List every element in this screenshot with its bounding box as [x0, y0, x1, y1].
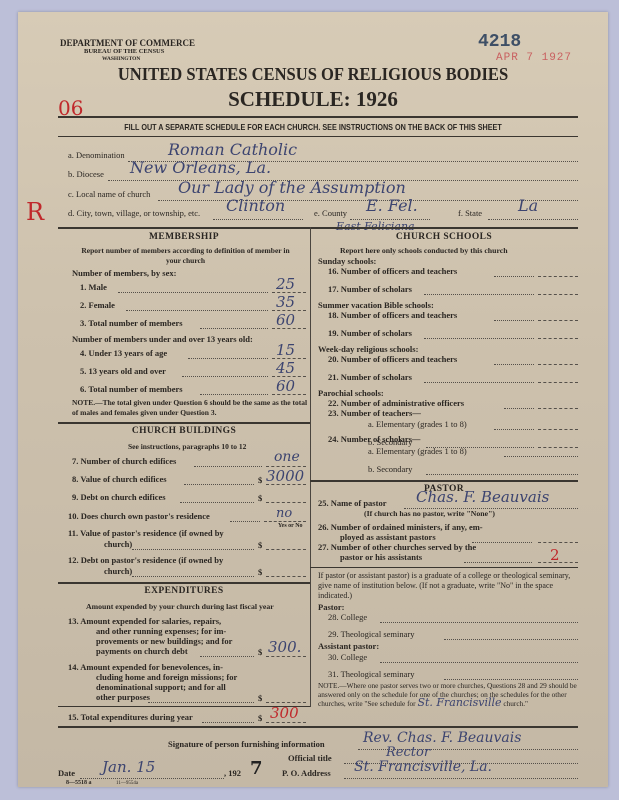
year-prefix: , 192: [224, 768, 241, 778]
q24b-field: [426, 474, 578, 475]
residence-value-line: [132, 549, 254, 550]
total-age-line: [200, 394, 268, 395]
membership-divider: [58, 422, 310, 424]
residence-value-field: [266, 549, 306, 550]
q26-field: [538, 542, 578, 543]
total-sex-line: [200, 328, 268, 329]
q15-answer-line: [266, 722, 306, 723]
under-13-line: [188, 358, 268, 359]
q14-label-3: denominational support; and for all: [96, 682, 226, 692]
total-sex-field[interactable]: 60: [276, 311, 295, 329]
dollar-sign: $: [258, 693, 262, 703]
dollar-sign: $: [258, 540, 262, 550]
total-age-label: 6. Total number of members: [80, 384, 183, 394]
q28-label: 28. College: [328, 612, 367, 622]
q22-line: [504, 408, 534, 409]
q24a-label: a. Elementary (grades 1 to 8): [368, 446, 467, 456]
residence-value-label: 11. Value of pastor's residence (if owne…: [68, 528, 224, 538]
city-label: d. City, town, village, or township, etc…: [68, 208, 200, 218]
state-field[interactable]: La: [518, 196, 538, 215]
q19-label: 19. Number of scholars: [328, 328, 412, 338]
q13-label-3: provements or new buildings; and for: [96, 636, 232, 646]
parochial-schools-label: Parochial schools:: [318, 388, 384, 398]
q23-label: 23. Number of teachers—: [328, 408, 421, 418]
dollar-sign: $: [258, 567, 262, 577]
q19-field: [538, 338, 578, 339]
sunday-schools-label: Sunday schools:: [318, 256, 376, 266]
official-title-label: Official title: [288, 753, 332, 763]
edifice-value-line: [184, 484, 254, 485]
other-churches-field[interactable]: 2: [550, 546, 560, 564]
q13-label: 13. Amount expended for salaries, repair…: [68, 616, 221, 626]
q23b-field: [538, 447, 578, 448]
q13-answer-line: [266, 656, 306, 657]
date-field[interactable]: Jan. 15: [102, 758, 155, 776]
multi-church-note: NOTE.—Where one pastor serves two or mor…: [318, 682, 580, 709]
edifice-debt-field: [266, 502, 306, 503]
q26-label-cont: ployed as assistant pastors: [340, 532, 436, 542]
q18-label: 18. Number of officers and teachers: [328, 310, 457, 320]
dollar-sign: $: [258, 493, 262, 503]
under-13-label: 4. Under 13 years of age: [80, 348, 167, 358]
edifices-field[interactable]: one: [274, 449, 300, 465]
residence-line: [230, 521, 260, 522]
see-schedule-field[interactable]: St. Francisville: [417, 696, 501, 709]
q13-label-2: and other running expenses; for im-: [96, 626, 226, 636]
q30-label: 30. College: [328, 652, 367, 662]
buildings-divider: [58, 582, 310, 584]
q24-label: 24. Number of scholars—: [328, 434, 420, 444]
signature-label: Signature of person furnishing informati…: [168, 739, 325, 749]
residence-debt-line: [132, 576, 254, 577]
county-field[interactable]: E. Fel.: [366, 196, 418, 215]
q20-label: 20. Number of officers and teachers: [328, 354, 457, 364]
state-label: f. State: [458, 208, 482, 218]
age-label: Number of members under and over 13 year…: [72, 334, 253, 344]
department-label: DEPARTMENT OF COMMERCE: [60, 38, 195, 48]
pastor-name-field[interactable]: Chas. F. Beauvais: [416, 488, 549, 506]
schools-intro: Report here only schools conducted by th…: [340, 246, 508, 255]
pastor-subheading: Pastor:: [318, 602, 344, 612]
q14-label: 14. Amount expended for benevolences, in…: [68, 662, 223, 672]
q31-label: 31. Theological seminary: [328, 669, 414, 679]
q29-label: 29. Theological seminary: [328, 629, 414, 639]
print-code: 11—9554a: [116, 781, 138, 786]
pastor-divider: [310, 567, 578, 568]
q17-line: [424, 294, 534, 295]
female-line: [126, 310, 268, 311]
local-name-field[interactable]: Our Lady of the Assumption: [178, 178, 406, 197]
fill-out-instruction: FILL OUT A SEPARATE SCHEDULE FOR EACH CH…: [62, 122, 564, 132]
under-13-field[interactable]: 15: [276, 341, 295, 359]
census-schedule-sheet: DEPARTMENT OF COMMERCE BUREAU OF THE CEN…: [18, 12, 608, 787]
summer-schools-label: Summer vacation Bible schools:: [318, 300, 434, 310]
q23a-label: a. Elementary (grades 1 to 8): [368, 419, 467, 429]
q19-line: [424, 338, 534, 339]
q30-field: [380, 662, 578, 663]
membership-intro: Report number of members according to de…: [78, 246, 293, 266]
po-address-field[interactable]: St. Francisville, La.: [354, 759, 492, 775]
membership-heading: MEMBERSHIP: [58, 232, 310, 242]
city-field[interactable]: Clinton: [226, 196, 285, 215]
church-schools-heading: CHURCH SCHOOLS: [310, 232, 578, 242]
q14-label-2: cluding home and foreign missions; for: [96, 672, 237, 682]
q17-field: [538, 294, 578, 295]
q15-line: [202, 722, 254, 723]
q17-label: 17. Number of scholars: [328, 284, 412, 294]
diocese-label: b. Diocese: [68, 169, 104, 179]
over-13-line: [182, 376, 268, 377]
male-field[interactable]: 25: [276, 275, 295, 293]
total-expenditures-field[interactable]: 300: [270, 704, 299, 722]
q16-label: 16. Number of officers and teachers: [328, 266, 457, 276]
female-label: 2. Female: [80, 300, 115, 310]
expenditures-heading: EXPENDITURES: [58, 586, 310, 596]
by-sex-label: Number of members, by sex:: [72, 268, 176, 278]
dollar-sign: $: [258, 647, 262, 657]
q23a-field: [538, 429, 578, 430]
instruction-divider: [58, 136, 578, 137]
city-label: WASHINGTON: [102, 56, 140, 62]
form-code: 8—5518 a: [66, 780, 92, 786]
date-label: Date: [58, 768, 75, 778]
q20-field: [538, 364, 578, 365]
q31-field: [444, 679, 578, 680]
q14-line: [148, 702, 254, 703]
received-date-stamp: APR 7 1927: [496, 52, 572, 64]
state-line: [488, 219, 578, 220]
q18-field: [538, 320, 578, 321]
date-line: [80, 778, 224, 779]
q23a-line: [494, 429, 534, 430]
edifices-line: [194, 466, 262, 467]
buildings-heading: CHURCH BUILDINGS: [58, 426, 310, 436]
file-number-stamp: 4218: [478, 32, 521, 52]
dollar-sign: $: [258, 475, 262, 485]
county-label: e. County: [314, 208, 347, 218]
edifices-label: 7. Number of church edifices: [72, 456, 176, 466]
q18-line: [494, 320, 534, 321]
q16-field: [538, 276, 578, 277]
schools-divider: [310, 480, 578, 482]
identity-divider: [58, 227, 578, 229]
denomination-field[interactable]: Roman Catholic: [168, 140, 297, 159]
q29-field: [444, 639, 578, 640]
residence-field[interactable]: no: [276, 506, 292, 521]
q22-label: 22. Number of administrative officers: [328, 398, 464, 408]
residence-value-label-cont: church): [104, 539, 132, 549]
q27-line: [464, 562, 532, 563]
footer-divider: [58, 726, 578, 728]
q13-label-4: payments on church debt: [96, 646, 188, 656]
q27-label: 27. Number of other churches served by t…: [318, 542, 476, 552]
header-divider: [58, 116, 578, 118]
schedule-title: SCHEDULE: 1926: [18, 87, 608, 112]
column-divider: [310, 227, 311, 707]
residence-debt-field: [266, 576, 306, 577]
total-sex-label: 3. Total number of members: [80, 318, 183, 328]
po-address-line: [344, 778, 578, 779]
no-pastor-hint: (If church has no pastor, write "None"): [364, 509, 495, 518]
q21-field: [538, 382, 578, 383]
q26-label: 26. Number of ordained ministers, if any…: [318, 522, 483, 532]
q21-label: 21. Number of scholars: [328, 372, 412, 382]
q14-label-4: other purposes: [96, 692, 150, 702]
q24b-label: b. Secondary: [368, 464, 412, 474]
denomination-label: a. Denomination: [68, 150, 125, 160]
q24a-field: [504, 456, 578, 457]
bureau-label: BUREAU OF THE CENSUS: [84, 48, 164, 55]
diocese-field[interactable]: New Orleans, La.: [130, 158, 271, 177]
q26-line: [472, 542, 532, 543]
total-age-field[interactable]: 60: [276, 377, 295, 395]
q22-field: [538, 408, 578, 409]
q28-field: [380, 622, 578, 623]
q13-field[interactable]: 300.: [268, 638, 301, 656]
q27-label-cont: pastor or his assistants: [340, 552, 422, 562]
total-expenditures-label: 15. Total expenditures during year: [68, 712, 193, 722]
residence-label: 10. Does church own pastor's residence: [68, 511, 210, 521]
yes-or-no-hint: Yes or No: [278, 523, 303, 529]
over-13-label: 5. 13 years old and over: [80, 366, 166, 376]
edifice-debt-label: 9. Debt on church edifices: [72, 492, 166, 502]
weekday-schools-label: Week-day religious schools:: [318, 344, 418, 354]
form-title: UNITED STATES CENSUS OF RELIGIOUS BODIES: [42, 64, 585, 85]
edifice-value-field[interactable]: 3000: [266, 467, 304, 485]
over-13-field[interactable]: 45: [276, 359, 295, 377]
po-address-label: P. O. Address: [282, 768, 331, 778]
membership-note: NOTE.—The total given under Question 6 s…: [72, 398, 308, 418]
male-line: [118, 292, 268, 293]
signature-field[interactable]: Rev. Chas. F. Beauvais: [363, 730, 521, 746]
edifice-debt-line: [180, 502, 254, 503]
expenditures-intro: Amount expended by your church during la…: [86, 602, 274, 611]
q20-line: [494, 364, 534, 365]
q21-line: [424, 382, 534, 383]
multi-church-note-end: church.": [503, 699, 528, 708]
female-field[interactable]: 35: [276, 293, 295, 311]
residence-debt-label-cont: church): [104, 566, 132, 576]
q16-line: [494, 276, 534, 277]
residence-debt-label: 12. Debt on pastor's residence (if owned…: [68, 555, 223, 565]
dollar-sign: $: [258, 713, 262, 723]
assistant-pastor-subheading: Assistant pastor:: [318, 641, 379, 651]
q13-line: [200, 656, 254, 657]
buildings-intro: See instructions, paragraphs 10 to 12: [128, 442, 246, 451]
year-field[interactable]: 7: [250, 758, 263, 779]
residence-answer-line: [264, 521, 306, 522]
margin-r-annotation: R: [26, 198, 44, 226]
city-line: [213, 219, 303, 220]
official-title-field[interactable]: Rector: [386, 745, 430, 760]
edifice-value-label: 8. Value of church edifices: [72, 474, 167, 484]
local-name-label: c. Local name of church: [68, 189, 150, 199]
pastor-name-label: 25. Name of pastor: [318, 498, 386, 508]
q14-field: [266, 702, 306, 703]
graduate-note: If pastor (or assistant pastor) is a gra…: [318, 571, 580, 601]
male-label: 1. Male: [80, 282, 107, 292]
